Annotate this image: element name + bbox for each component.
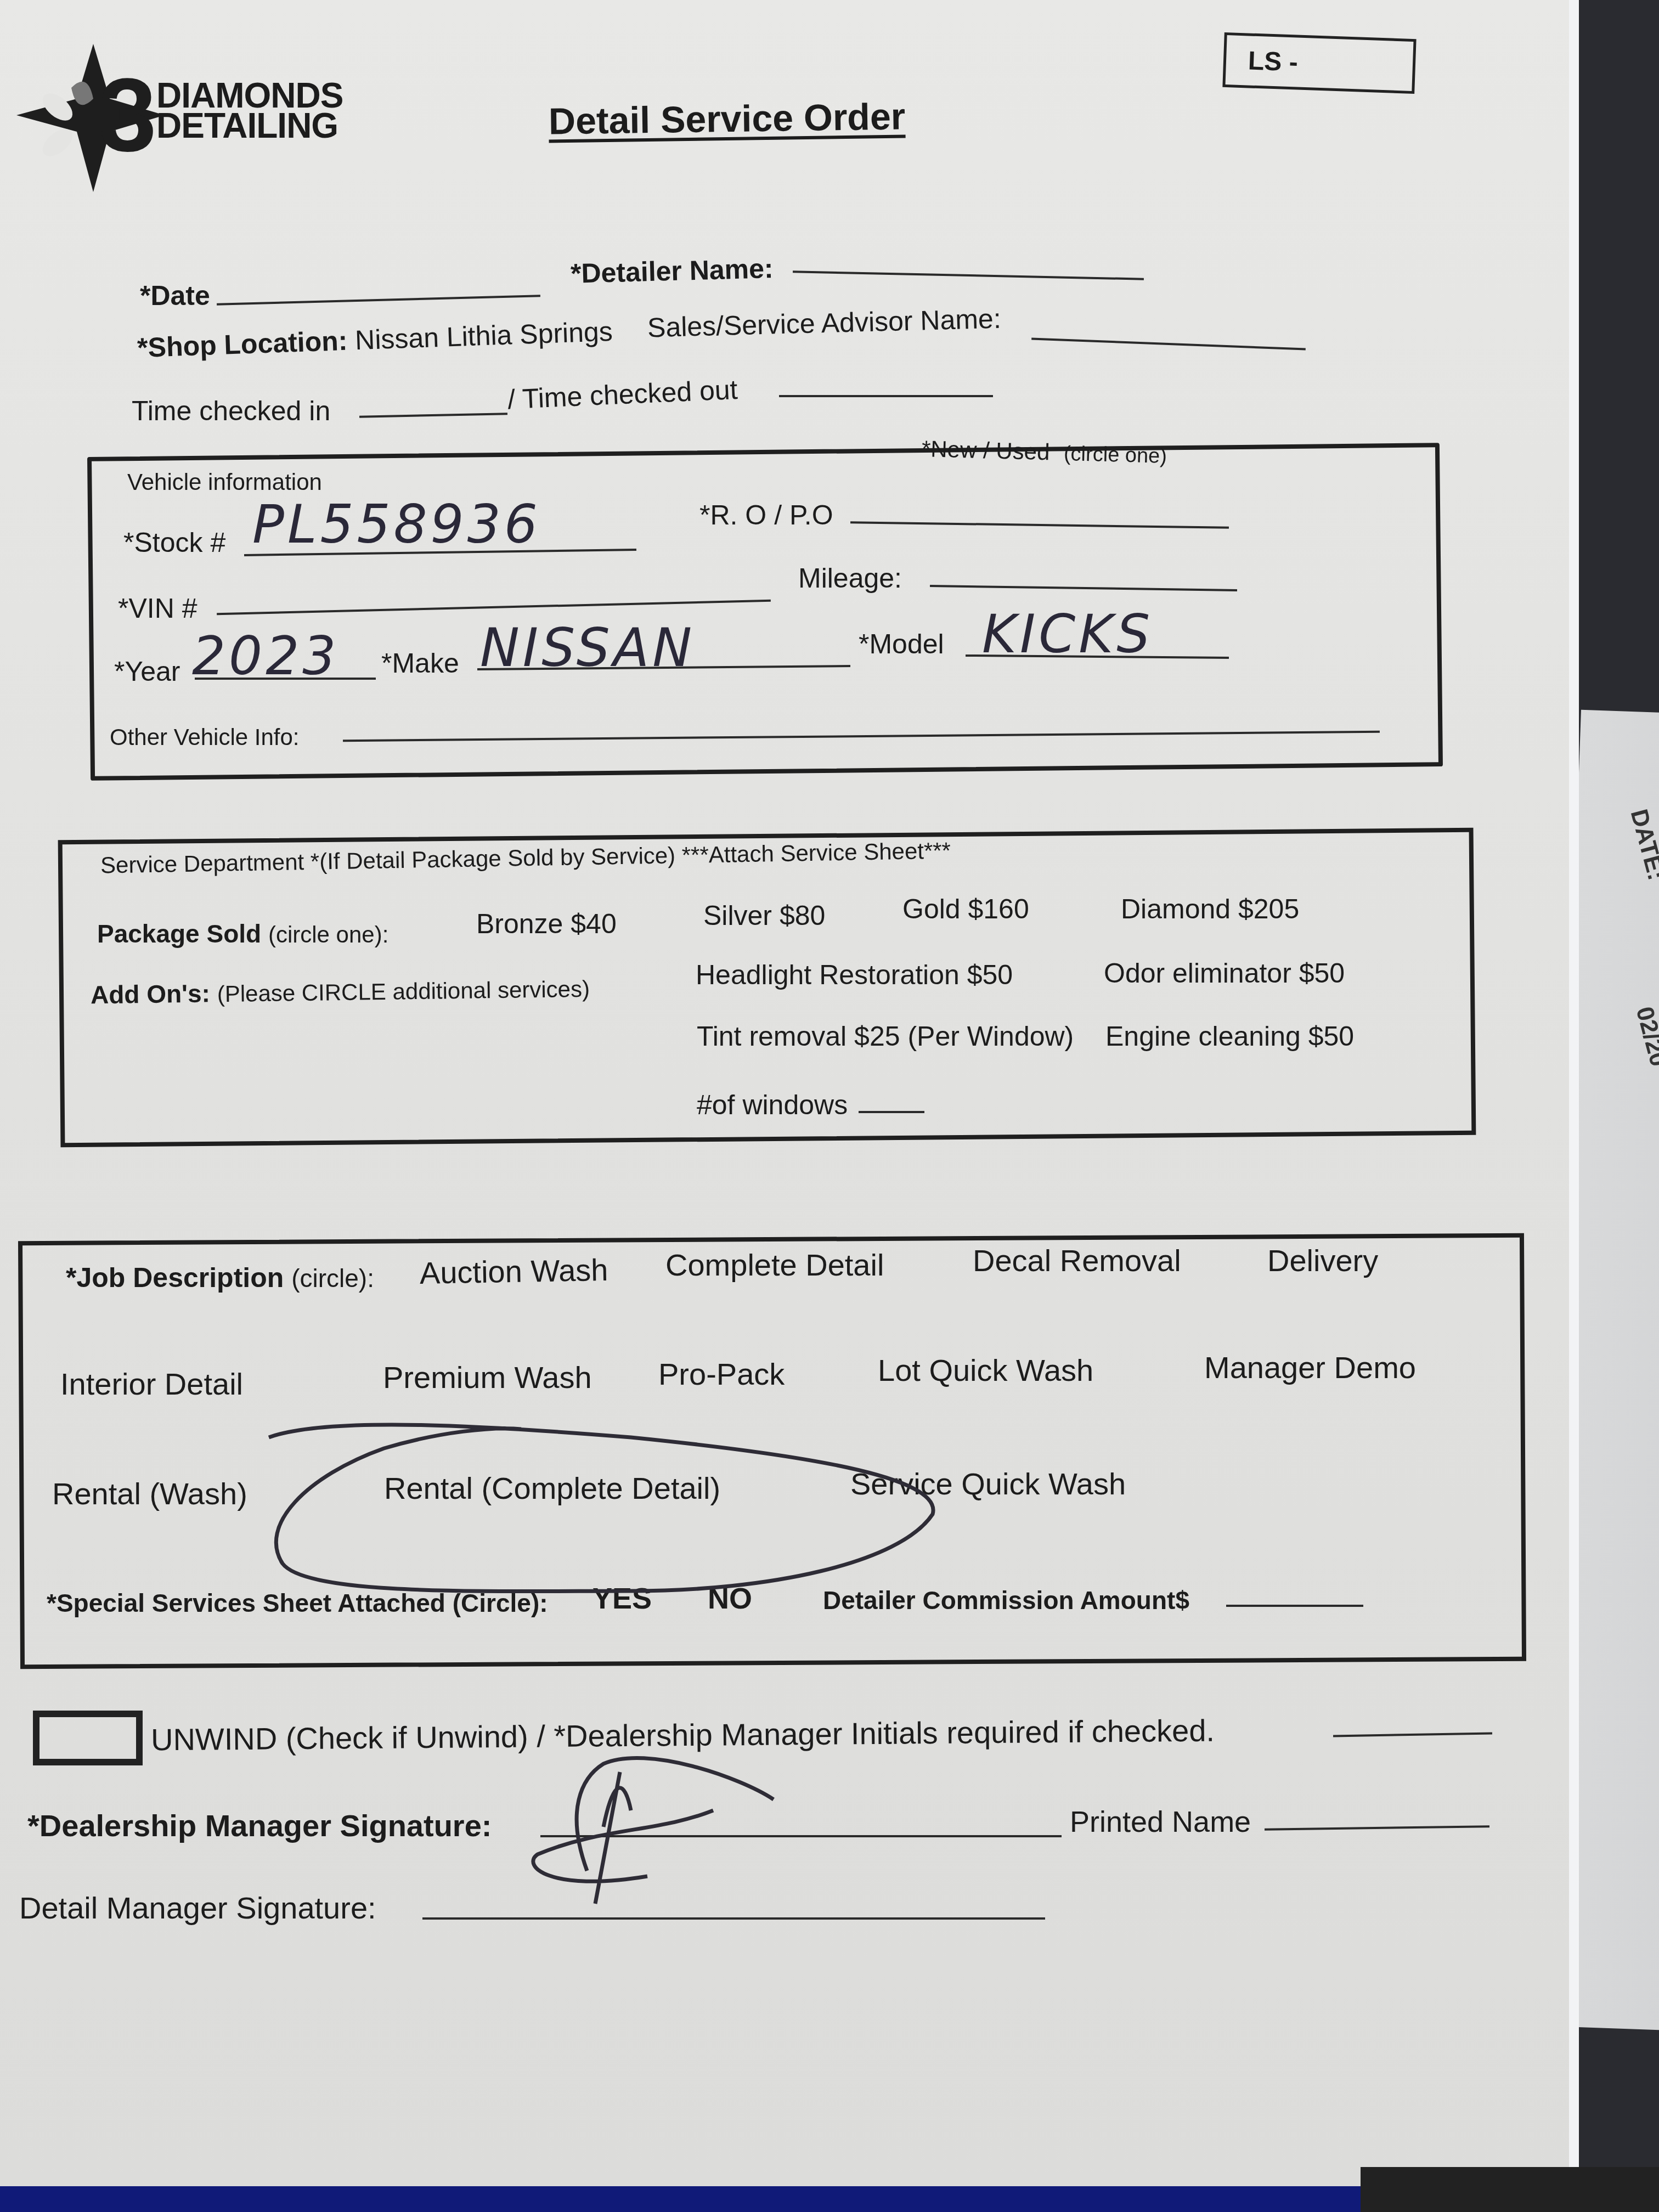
job-selection-circle: [269, 1425, 933, 1592]
service-order-form: 3 DIAMONDS DETAILING Detail Service Orde…: [0, 0, 1579, 2189]
desk-surface: [0, 2186, 1372, 2212]
dealer-signature-scribble: [533, 1758, 774, 1904]
desk-shadow: [1361, 2167, 1659, 2212]
handwriting-overlay: [0, 0, 1569, 2189]
